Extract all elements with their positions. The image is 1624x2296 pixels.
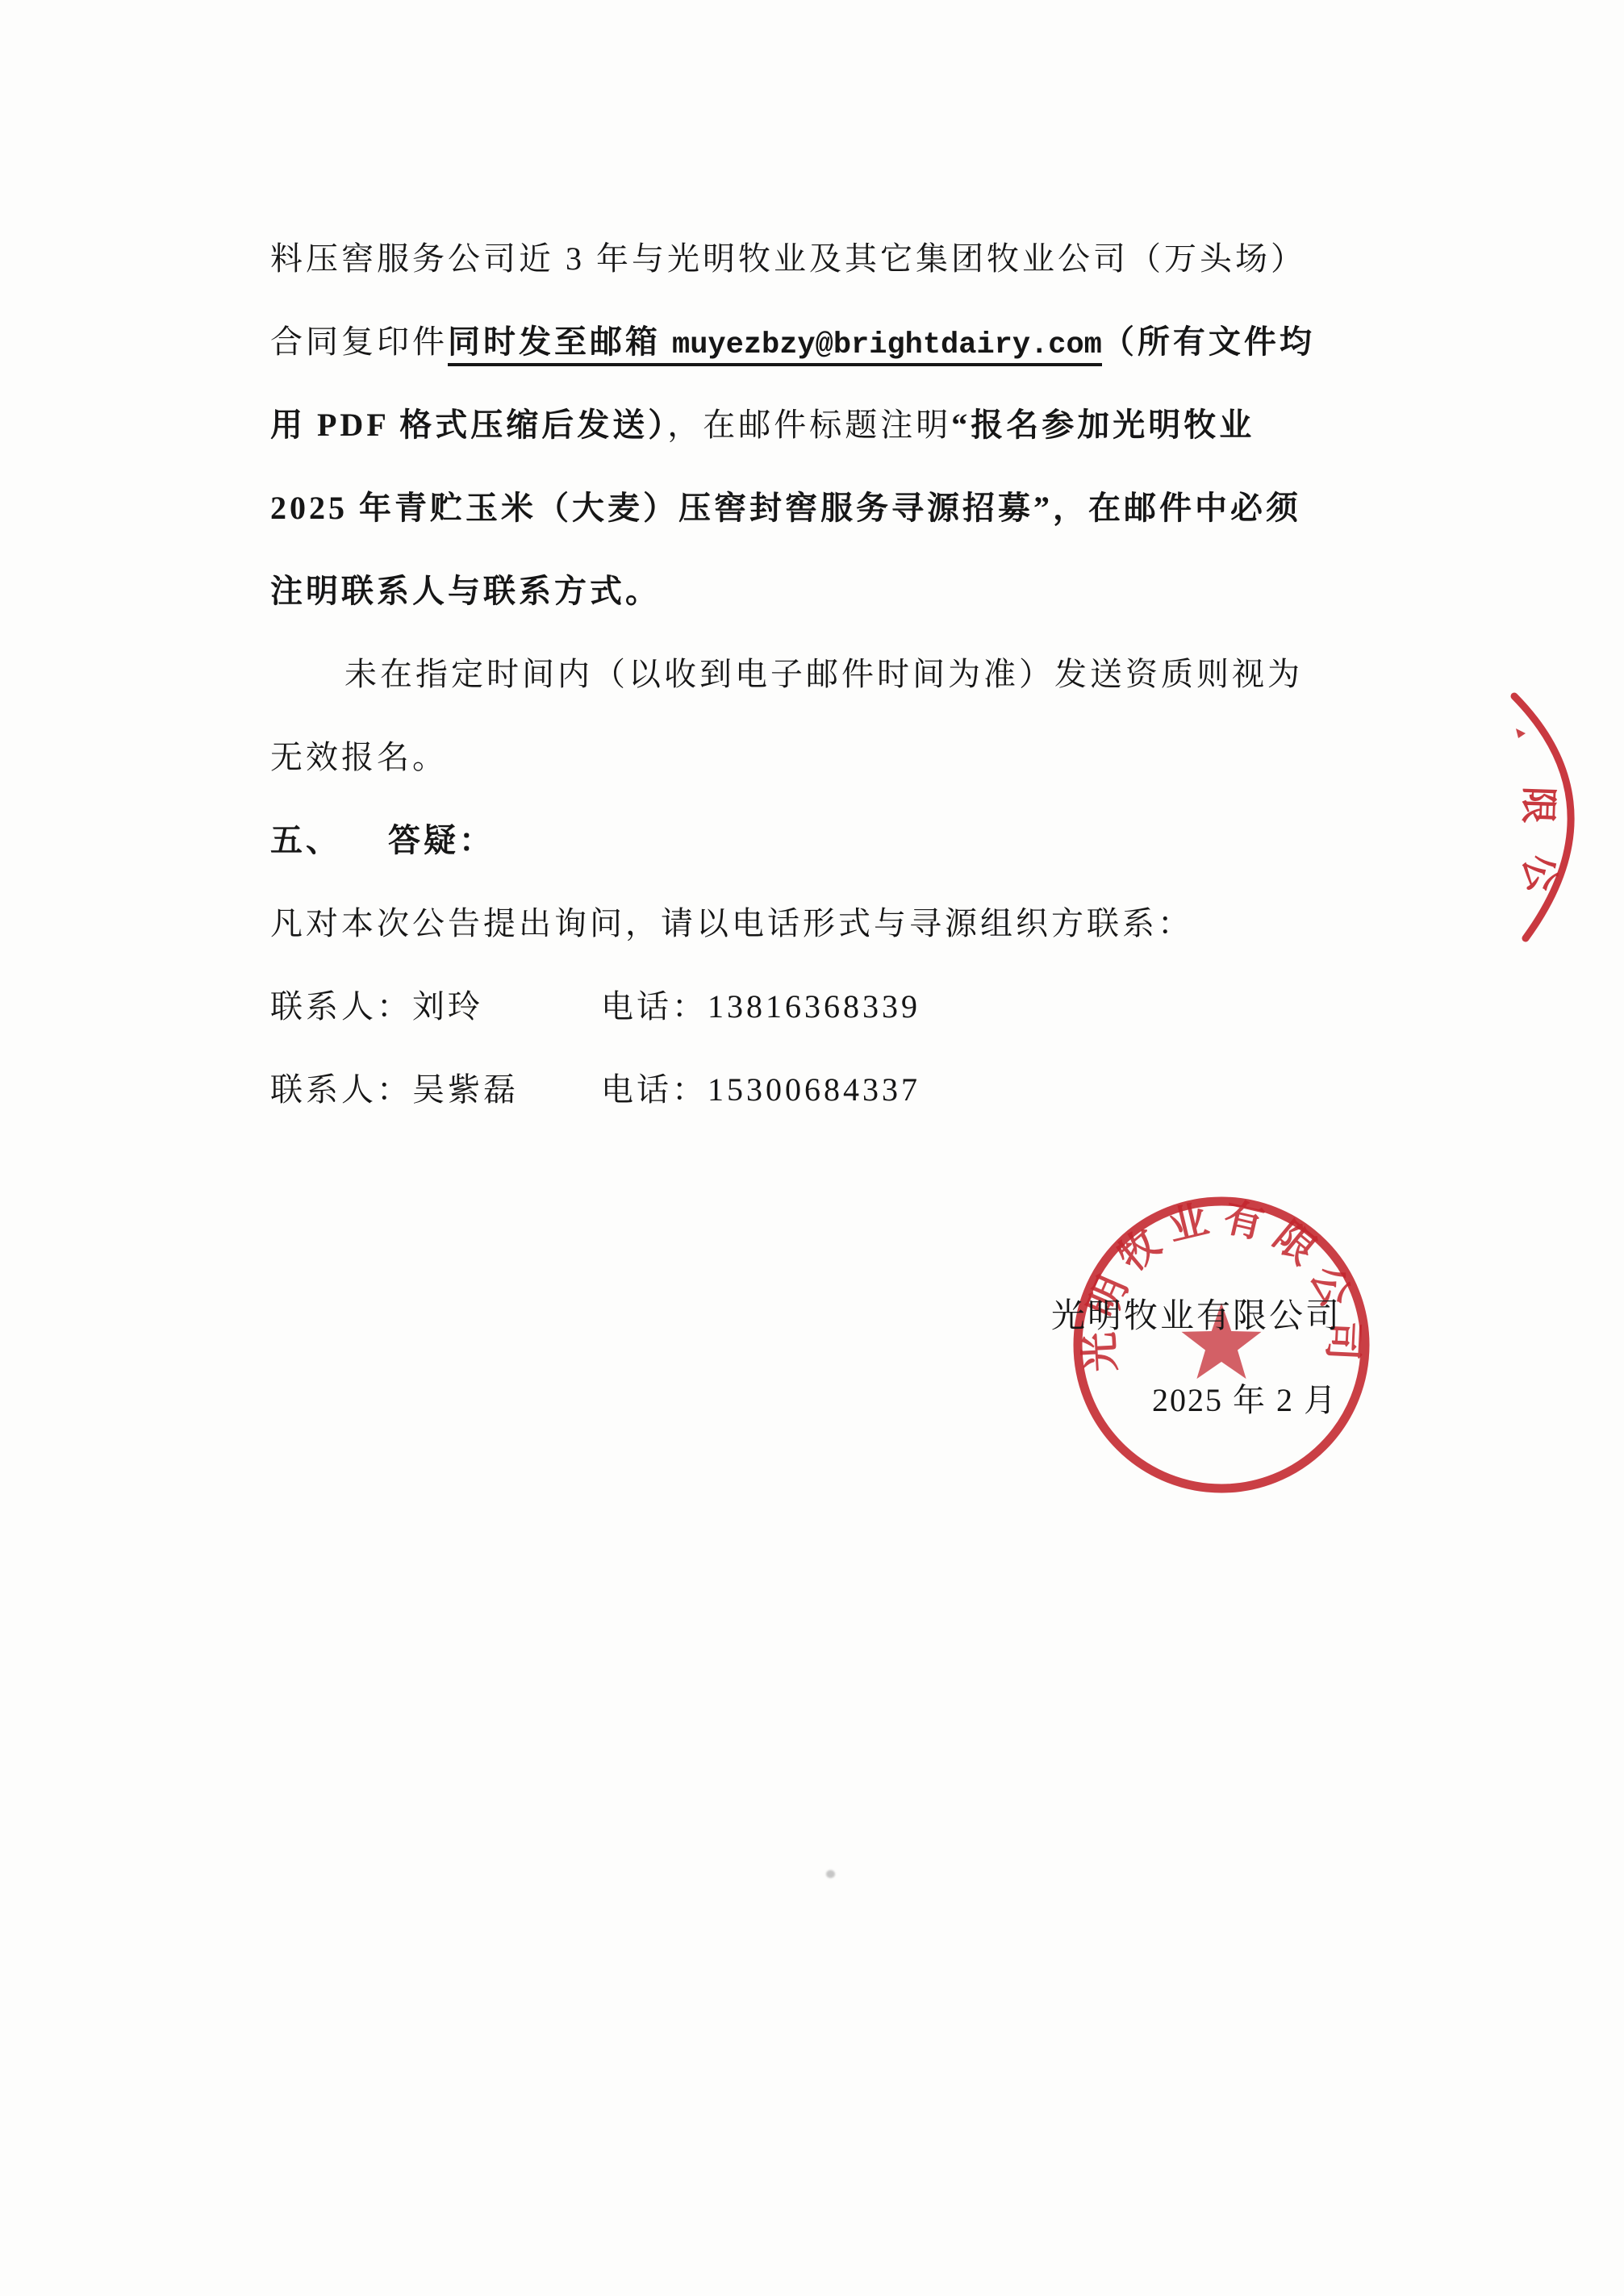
body-line-3: 用 PDF 格式压缩后发送），在邮件标题注明“报名参加光明牧业 (270, 383, 1529, 466)
body-text: ，在邮件标题注明 (667, 407, 951, 443)
contact-row-1: 联系人：刘玲电话：13816368339 (270, 965, 1529, 1048)
body-text-bold: （所有文件均 (1102, 324, 1315, 360)
section-heading: 五、答疑： (270, 799, 1529, 882)
body-line-4: 2025 年青贮玉米（大麦）压窖封窖服务寻源招募”，在邮件中必须 (270, 466, 1529, 549)
body-line-7: 无效报名。 (270, 716, 1529, 799)
edge-seal-speck (1516, 728, 1526, 738)
scan-artifact-dot (826, 1870, 835, 1878)
underlined-segment: 同时发至邮箱 muyezbzy@brightdairy.com (448, 324, 1102, 366)
section-number: 五、 (270, 822, 341, 858)
company-seal-stamp: 光明牧业有限公司 (1067, 1179, 1377, 1518)
body-text-bold: “报名参加光明牧业 (951, 407, 1255, 443)
body-text: 无效报名。 (270, 739, 448, 775)
body-text: 料压窖服务公司近 3 年与光明牧业及其它集团牧业公司（万头场） (270, 240, 1306, 277)
edge-seal-char-1: 限 (1517, 786, 1559, 824)
section-title: 答疑： (388, 822, 495, 858)
body-text: 未在指定时间内（以收到电子邮件时间为准）发送资质则视为 (344, 656, 1303, 692)
signature-date: 2025 年 2 月 (1152, 1375, 1338, 1421)
contact-name: 联系人：刘玲 (270, 965, 601, 1048)
edge-seal-stamp: 限 公 (1480, 682, 1624, 952)
body-line-2: 合同复印件同时发至邮箱 muyezbzy@brightdairy.com（所有文… (270, 300, 1529, 383)
body-text-bold: 用 PDF 格式压缩后发送） (270, 407, 667, 443)
contact-row-2: 联系人：吴紫磊电话：15300684337 (270, 1048, 1529, 1131)
body-line-5: 注明联系人与联系方式。 (270, 549, 1529, 632)
contact-phone: 电话：15300684337 (601, 1071, 921, 1108)
body-line-1: 料压窖服务公司近 3 年与光明牧业及其它集团牧业公司（万头场） (270, 217, 1529, 300)
email-address: muyezbzy@brightdairy.com (672, 328, 1102, 362)
body-text-bold: 2025 年青贮玉米（大麦）压窖封窖服务寻源招募”，在邮件中必须 (270, 490, 1301, 526)
body-text-bold: 注明联系人与联系方式。 (270, 573, 661, 609)
signature-company-name: 光明牧业有限公司 (1051, 1289, 1342, 1338)
body-text-bold: 同时发至邮箱 (448, 324, 672, 360)
body-text: 凡对本次公告提出询问，请以电话形式与寻源组织方联系： (270, 905, 1193, 941)
document-body: 料压窖服务公司近 3 年与光明牧业及其它集团牧业公司（万头场） 合同复印件同时发… (270, 217, 1529, 1131)
body-text: 合同复印件 (270, 324, 448, 360)
body-line-9: 凡对本次公告提出询问，请以电话形式与寻源组织方联系： (270, 882, 1529, 965)
scanned-document-page: 料压窖服务公司近 3 年与光明牧业及其它集团牧业公司（万头场） 合同复印件同时发… (0, 0, 1624, 2296)
contact-phone: 电话：13816368339 (601, 988, 921, 1025)
contact-name: 联系人：吴紫磊 (270, 1048, 601, 1131)
body-line-6: 未在指定时间内（以收到电子邮件时间为准）发送资质则视为 (270, 632, 1529, 716)
